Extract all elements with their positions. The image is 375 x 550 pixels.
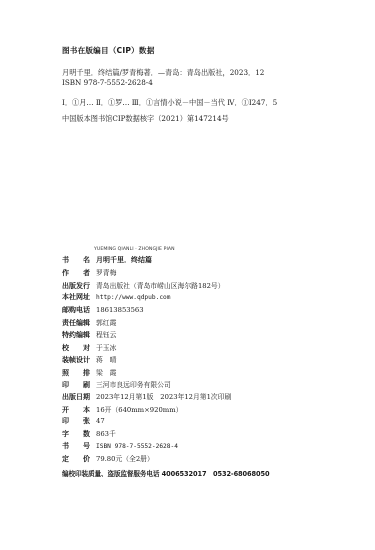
value-word-count: 863千 [94, 428, 116, 438]
cip-title: 图书在版编目（CIP）数据 [62, 46, 342, 56]
colophon-row-sheets: 印张 47 [62, 416, 352, 428]
label-design: 装帧设计 [62, 355, 94, 365]
cip-verification-line: 中国版本图书馆CIP数据核字（2021）第147214号 [62, 114, 342, 124]
label-proofreader: 校对 [62, 343, 94, 353]
value-editor: 郭红霞 [94, 317, 116, 327]
cip-isbn-line: ISBN 978-7-5552-2628-4 [62, 78, 342, 88]
value-publish-date: 2023年12月第1版 2023年12月第1次印刷 [94, 391, 231, 401]
quality-piracy-hotline: 编校印装质量、盗版监督服务电话 4006532017 0532-68068050 [62, 468, 352, 478]
value-publisher: 青岛出版社（青岛市崂山区海尔路182号） [94, 280, 225, 290]
cip-bibliographic-line: 月明千里．终结篇/罗青梅著．—青岛：青岛出版社，2023．12 [62, 68, 342, 78]
value-typesetting: 梁 霞 [94, 367, 116, 377]
colophon-row-typesetting: 照排 梁 霞 [62, 367, 352, 379]
colophon-row-title: 书名 月明千里．终结篇 [62, 255, 352, 267]
colophon-row-design: 装帧设计 蒋 晴 [62, 354, 352, 366]
value-format: 16开（640mm×920mm） [94, 404, 182, 414]
colophon-row-website: 本社网址 http://www.qdpub.com [62, 292, 352, 304]
colophon-row-mail-order-phone: 邮购电话 18613853563 [62, 305, 352, 317]
colophon-block: YUEMING QIANLI · ZHONGJIE PIAN 书名 月明千里．终… [62, 246, 352, 478]
value-special-editor: 程钰云 [94, 329, 116, 339]
label-website: 本社网址 [62, 292, 94, 302]
colophon-row-editor: 责任编辑 郭红霞 [62, 317, 352, 329]
value-price: 79.80元（全2册） [94, 453, 154, 463]
colophon-row-author: 作者 罗青梅 [62, 267, 352, 279]
value-website-link[interactable]: http://www.qdpub.com [94, 294, 171, 301]
value-printer: 三河市良远印务有限公司 [94, 379, 171, 389]
pinyin-title: YUEMING QIANLI · ZHONGJIE PIAN [94, 246, 352, 253]
label-author: 作者 [62, 268, 94, 278]
value-mail-order-phone: 18613853563 [94, 306, 144, 314]
label-publish-date: 出版日期 [62, 392, 94, 402]
label-isbn: 书号 [62, 441, 94, 451]
label-format: 开本 [62, 405, 94, 415]
value-proofreader: 于玉冰 [94, 342, 116, 352]
label-typesetting: 照排 [62, 368, 94, 378]
cip-data-block: 图书在版编目（CIP）数据 月明千里．终结篇/罗青梅著．—青岛：青岛出版社，20… [62, 46, 342, 124]
label-sheets: 印张 [62, 416, 94, 426]
colophon-row-format: 开本 16开（640mm×920mm） [62, 404, 352, 416]
label-publisher: 出版发行 [62, 281, 94, 291]
label-special-editor: 特约编辑 [62, 330, 94, 340]
colophon-row-proofreader: 校对 于玉冰 [62, 342, 352, 354]
value-author: 罗青梅 [94, 267, 116, 277]
colophon-row-isbn: 书号 ISBN 978-7-5552-2628-4 [62, 441, 352, 453]
cip-classification-line: Ⅰ．①月… Ⅱ．①罗… Ⅲ．①言情小说－中国－当代 Ⅳ．①I247．5 [62, 98, 342, 108]
colophon-row-publisher: 出版发行 青岛出版社（青岛市崂山区海尔路182号） [62, 280, 352, 292]
colophon-row-publish-date: 出版日期 2023年12月第1版 2023年12月第1次印刷 [62, 391, 352, 403]
label-editor: 责任编辑 [62, 318, 94, 328]
label-printer: 印刷 [62, 380, 94, 390]
label-title: 书名 [62, 255, 94, 265]
label-mail-order-phone: 邮购电话 [62, 305, 94, 315]
value-design: 蒋 晴 [94, 354, 116, 364]
colophon-row-price: 定价 79.80元（全2册） [62, 453, 352, 465]
label-price: 定价 [62, 454, 94, 464]
value-isbn: ISBN 978-7-5552-2628-4 [94, 443, 178, 450]
colophon-row-word-count: 字数 863千 [62, 428, 352, 440]
value-title: 月明千里．终结篇 [94, 255, 152, 265]
colophon-row-special-editor: 特约编辑 程钰云 [62, 329, 352, 341]
colophon-row-printer: 印刷 三河市良远印务有限公司 [62, 379, 352, 391]
value-sheets: 47 [94, 417, 105, 425]
label-word-count: 字数 [62, 429, 94, 439]
